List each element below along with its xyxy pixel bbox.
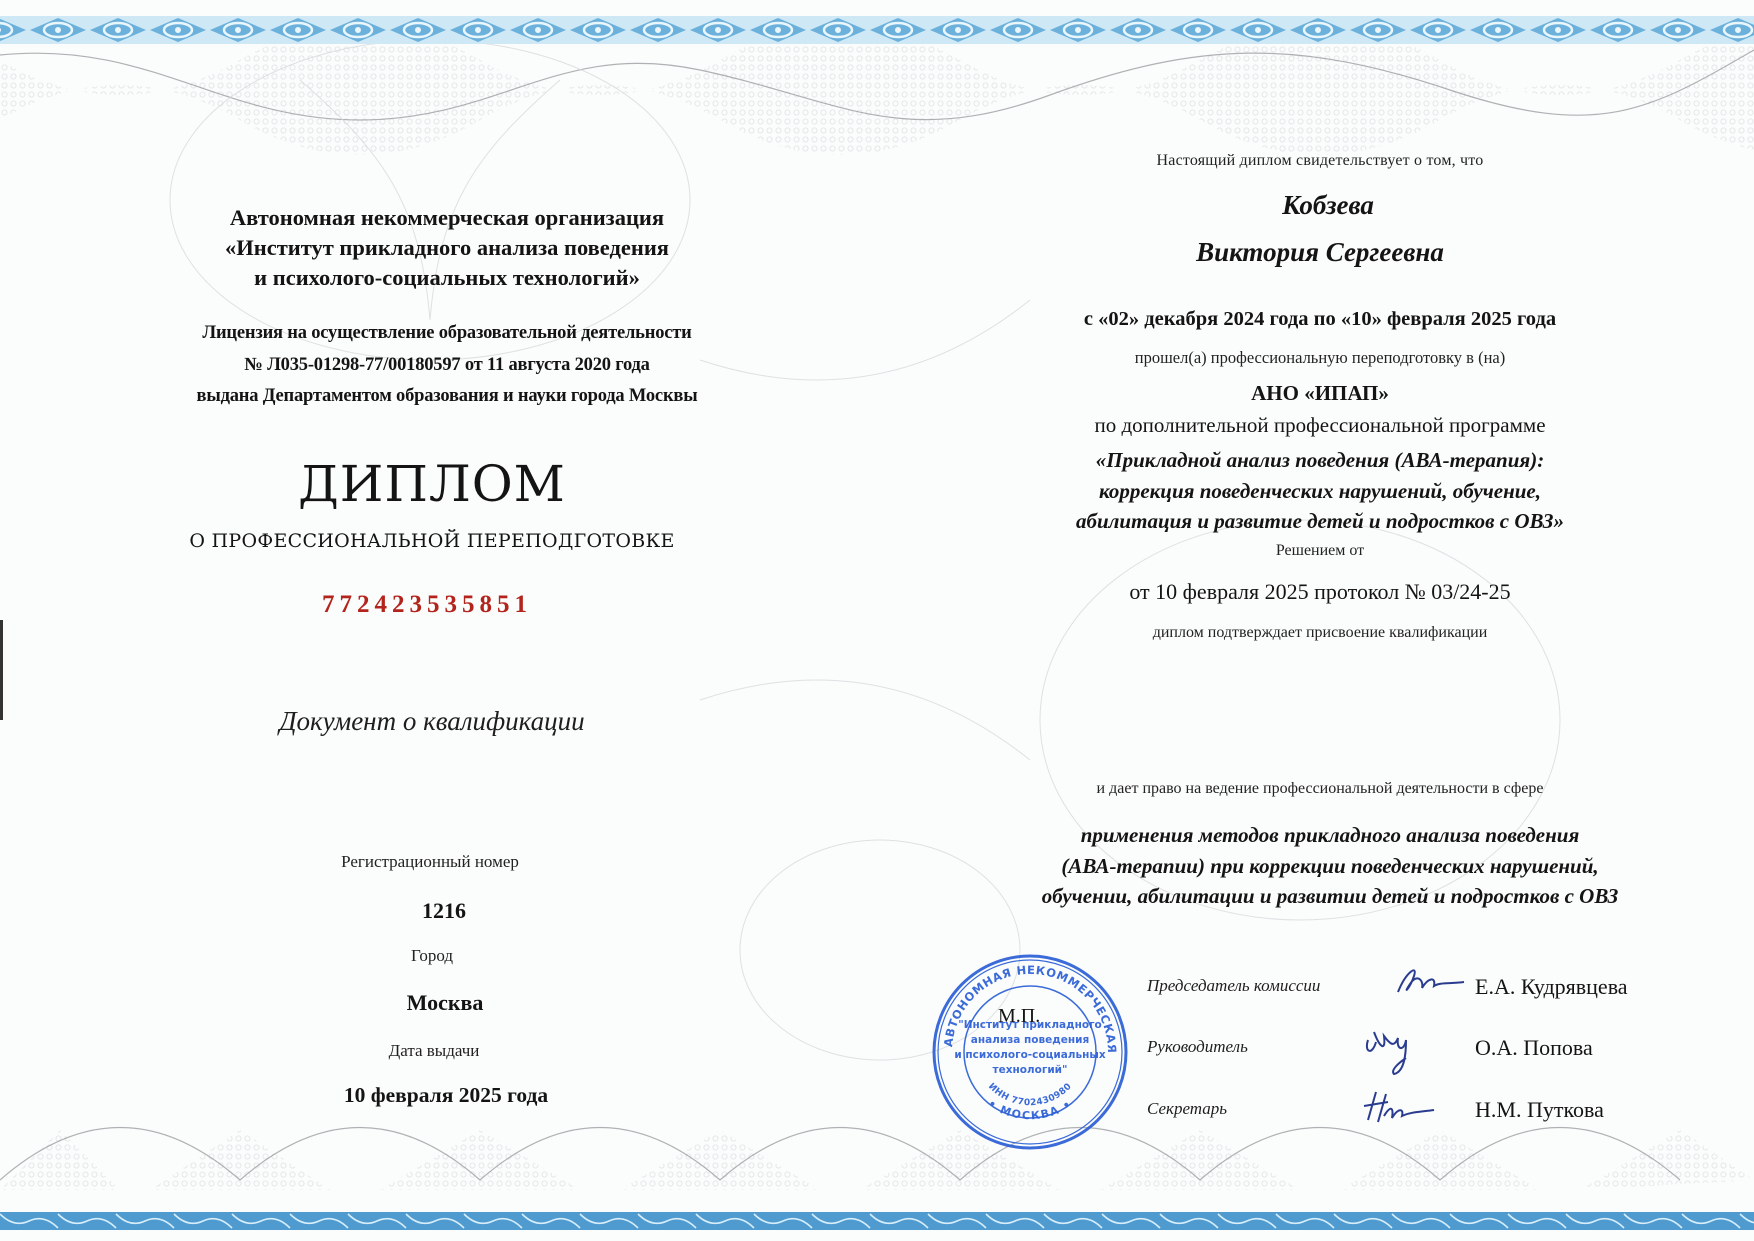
seal-place-label: М.П. <box>998 1005 1040 1028</box>
decision-label: Решением от <box>1276 542 1364 560</box>
city-label: Город <box>411 946 453 966</box>
signature-chair <box>1388 962 1468 1002</box>
signatory-name-secretary: Н.М. Путкова <box>1475 1097 1604 1123</box>
signature-head <box>1360 1022 1420 1078</box>
issue-date: 10 февраля 2025 года <box>344 1083 548 1108</box>
recipient-surname: Кобзева <box>1282 190 1374 221</box>
city-value: Москва <box>407 990 484 1016</box>
scan-edge-line <box>0 620 3 720</box>
svg-text:и психолого-социальных: и психолого-социальных <box>954 1049 1106 1061</box>
signatory-title-chair: Председатель комиссии <box>1147 976 1320 996</box>
license-info: Лицензия на осуществление образовательно… <box>197 318 698 413</box>
document-kind: Документ о квалификации <box>279 706 584 737</box>
signatory-title-secretary: Секретарь <box>1147 1099 1227 1119</box>
signatory-name-head: О.А. Попова <box>1475 1035 1593 1061</box>
signatory-name-chair: Е.А. Кудрявцева <box>1475 974 1628 1000</box>
institution-short-name: АНО «ИПАП» <box>1251 381 1389 406</box>
svg-text:технологий": технологий" <box>992 1064 1067 1076</box>
signatory-title-head: Руководитель <box>1147 1037 1248 1057</box>
organization-name: Автономная некоммерческая организация «И… <box>225 203 669 293</box>
protocol-info: от 10 февраля 2025 протокол № 03/24-25 <box>1129 579 1510 605</box>
training-period: с «02» декабря 2024 года по «10» февраля… <box>1084 308 1556 331</box>
top-ornamental-border <box>0 16 1754 44</box>
organization-stamp: АВТОНОМНАЯ НЕКОММЕРЧЕСКАЯ ОРГАНИЗАЦИЯ ОГ… <box>930 952 1130 1152</box>
professional-sphere: применения методов прикладного анализа п… <box>1042 820 1619 912</box>
diploma-title: ДИПЛОМ <box>298 455 566 513</box>
program-intro: по дополнительной профессиональной прогр… <box>1094 413 1545 438</box>
qualification-confirmation: диплом подтверждает присвоение квалифика… <box>1153 624 1488 642</box>
registration-label: Регистрационный номер <box>341 852 519 872</box>
recipient-given-names: Виктория Сергеевна <box>1196 237 1444 268</box>
signature-secretary <box>1358 1088 1438 1128</box>
registration-number: 1216 <box>422 898 466 924</box>
issue-date-label: Дата выдачи <box>389 1041 480 1061</box>
rights-text: и дает право на ведение профессиональной… <box>1097 780 1544 798</box>
passed-training-text: прошел(а) профессиональную переподготовк… <box>1135 348 1505 368</box>
svg-text:анализа поведения: анализа поведения <box>971 1034 1090 1046</box>
bottom-ornamental-border <box>0 1212 1754 1230</box>
certification-header: Настоящий диплом свидетельствует о том, … <box>1157 152 1484 170</box>
diploma-serial-number: 772423535851 <box>322 591 532 619</box>
program-name: «Прикладной анализ поведения (АВА-терапи… <box>1076 445 1564 537</box>
diploma-subtitle: О ПРОФЕССИОНАЛЬНОЙ ПЕРЕПОДГОТОВКЕ <box>189 530 674 552</box>
